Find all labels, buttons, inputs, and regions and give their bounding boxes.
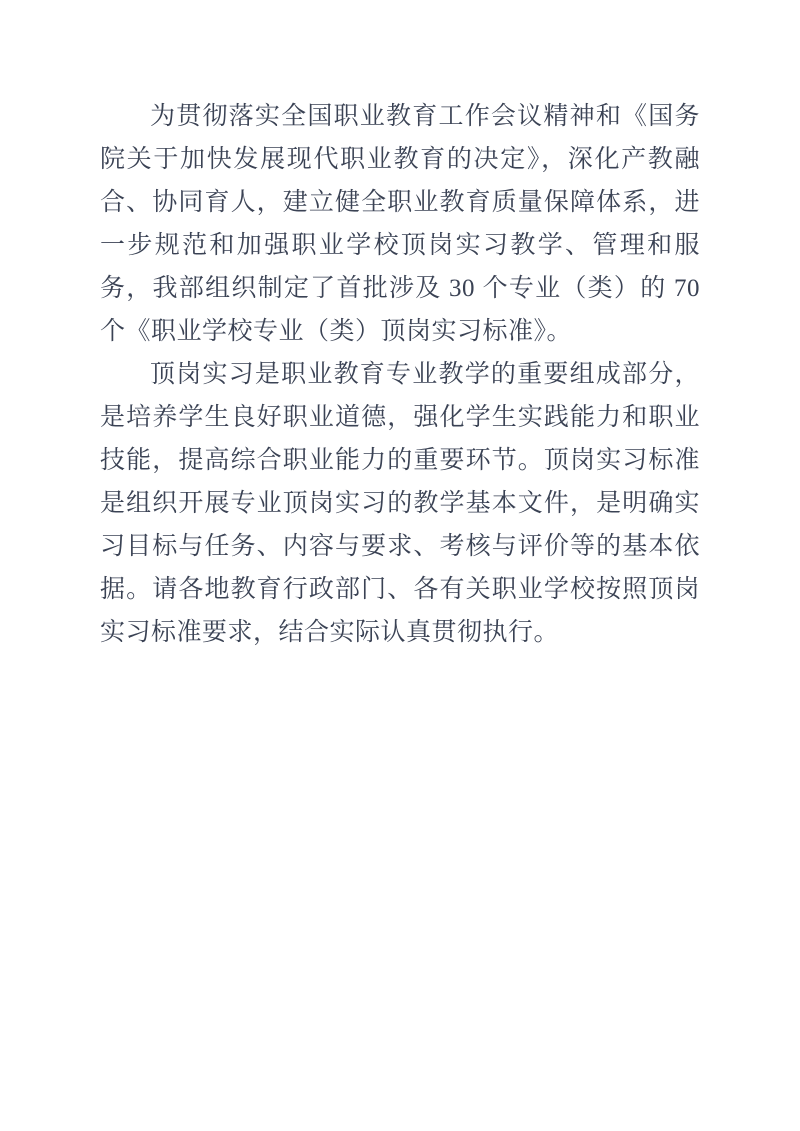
document-page: 为贯彻落实全国职业教育工作会议精神和《国务院关于加快发展现代职业教育的决定》，深…	[0, 0, 800, 1131]
paragraph-requirements: 顶岗实习是职业教育专业教学的重要组成部分，是培养学生良好职业道德，强化学生实践能…	[100, 353, 700, 654]
paragraph-intro: 为贯彻落实全国职业教育工作会议精神和《国务院关于加快发展现代职业教育的决定》，深…	[100, 95, 700, 353]
document-body: 为贯彻落实全国职业教育工作会议精神和《国务院关于加快发展现代职业教育的决定》，深…	[100, 95, 700, 654]
